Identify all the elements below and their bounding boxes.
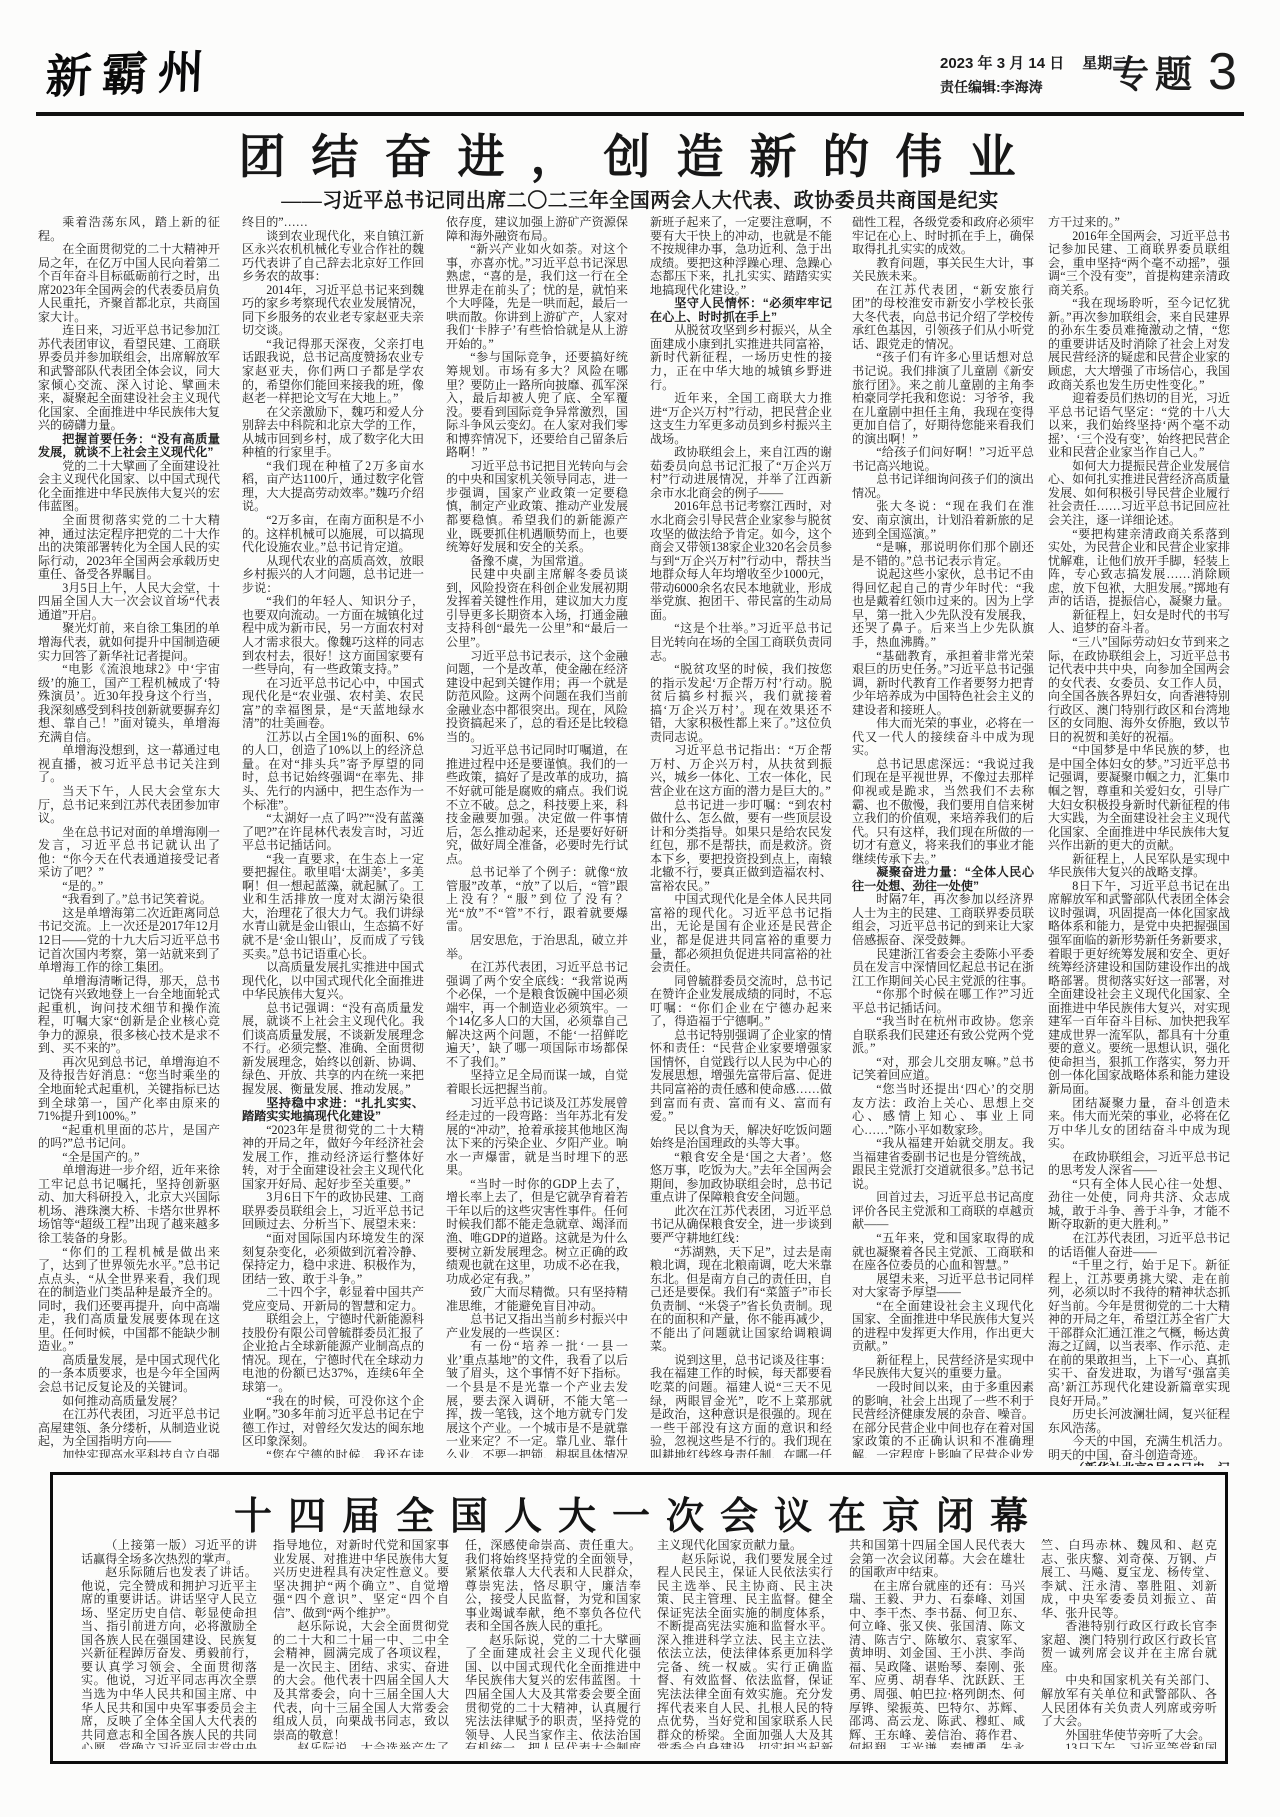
paragraph: “你那个时候在哪工作?”习近平总书记插话问。 [852,988,1034,1015]
paragraph: 从现代农业的高质高效，放眼乡村振兴的人才问题，总书记进一步说： [242,555,424,596]
paragraph: 政协联组会上，来自江西的谢茹委员向总书记汇报了“万企兴万村”行动进展情况，并举了… [650,446,832,500]
editor-label: 责任编辑:李海涛 [940,77,1127,97]
paragraph: 张大冬说：“现在我们在淮安、南京演出，计划沿着新旅的足迹到全国巡演。” [852,500,1034,541]
paragraph: 在政协联组会，习近平总书记的思考发人深省—— [1048,1151,1230,1178]
paragraph: 赵乐际说，我们要发展全过程人民民主，保证人民依法实行民主选举、民主协商、民主决策… [657,1553,833,1749]
paragraph: “我在的时候，可没你这个企业啊。”30多年前习近平总书记在宁德工作过，对曾经欠发… [242,1395,424,1449]
main-article-column-2: 终目的”……谈到农业现代化，来自镇江新区永兴农机机械化专业合作社的魏巧代表讲了自… [242,216,424,1458]
paragraph: 总书记强调：“没有高质量发展，就谈不上社会主义现代化。我们谈高质量发展，不谈新发… [242,1002,424,1097]
paragraph: 在江苏代表团，习近平总书记的话语催人奋进—— [1048,1232,1230,1259]
paragraph: 赵乐际随后也发表了讲话。他说，完全赞成和拥护习近平主席的重要讲话。讲话坚守人民立… [81,1566,257,1749]
paragraph: 习近平总书记表示，这个金融问题，一个是改革，使金融在经济建设中起到关键作用；再一… [446,650,628,745]
closing-article-headline: 十四届全国人大一次会议在京闭幕 [53,1485,1225,1540]
paragraph: “我看到了。”总书记笑着说。 [38,893,220,907]
paragraph: 方干过来的。” [1048,216,1230,230]
paragraph: 依存度，建议加强上游矿产资源保障和海外融资布局。 [446,216,628,243]
publication-date: 2023 年 3 月 14 日 [940,55,1064,72]
paragraph: 赵乐际说，大会选举产生了十四届全国人大常委会，并选举我担任委员长。我们衷心感谢各… [273,1742,449,1749]
paragraph: “要把构建亲清政商关系落到实处，为民营企业和民营企业家排忧解难，让他们放开手脚，… [1048,528,1230,609]
paragraph: “起重机里面的芯片，是国产的吗?”总书记问。 [38,1124,220,1151]
paragraph: 2016年总书记考察江西时，对水北商会引导民营企业家参与脱贫攻坚的做法给予肯定。… [650,500,832,622]
paragraph: 总书记详细询问孩子们的演出情况。 [852,473,1034,500]
closing-article-column-2: 指导地位，对新时代党和国家事业发展、对推进中华民族伟大复兴历史进程具有决定性意义… [273,1539,449,1749]
paragraph: 一段时间以来，由于多重因素的影响，社会上出现了一些不利于民营经济健康发展的杂音、… [852,1381,1034,1458]
paragraph: 民建中央副主席解冬委员谈到，风险投资在科创企业发展初期发挥着关键性作用，建议加大… [446,568,628,649]
paragraph: “新兴产业如火如荼。对这个事，亦喜亦忧。”习近平总书记深思熟虑，“喜的是，我们这… [446,243,628,351]
paragraph: 坚持稳中求进：“扎扎实实、踏踏实实地搞现代化建设” [242,1097,424,1124]
paragraph: “2023年是贯彻党的二十大精神的开局之年，做好今年经济社会发展工作，推动经济运… [242,1124,424,1192]
main-article-column-4: 新班子起来了，一定要注意啊，不要有大干快上的冲动，也就是不能不按规律办事，急功近… [650,216,832,1458]
paragraph: 教育问题，事关民生大计，事关民族未来。 [852,257,1034,284]
paragraph: 总书记进一步叮嘱：“到农村做什么、怎么做，要有一些顶层设计和分类指导。如果只是给… [650,799,832,894]
paragraph: 3月5日上午，人民大会堂，十四届全国人大一次会议首场“代表通道”开启。 [38,582,220,623]
paragraph: 香港特别行政区行政长官李家超、澳门特别行政区行政长官贺一诚列席会议并在主席台就座… [1041,1620,1217,1674]
paragraph: 以高质量发展扎实推进中国式现代化，以中国式现代化全面推进中华民族伟大复兴。 [242,961,424,1002]
paragraph: 民以食为天，解决好吃饭问题始终是治国理政的头等大事。 [650,1124,832,1151]
paragraph: 共和国第十四届全国人民代表大会第一次会议闭幕。大会在雄壮的国歌声中结束。 [849,1539,1025,1580]
paragraph: 单增海进一步介绍，近年来徐工牢记总书记嘱托，坚持创新驱动、加大科研投入，北京大兴… [38,1164,220,1245]
paragraph: 习近平总书记同时叮嘱道，在推进过程中还是要谨慎。我们的一些政策，搞好了是改革的成… [446,744,628,866]
paragraph: 单增海清晰记得，那天，总书记饶有兴致地登上一台全地面轮式起重机，询问技术细节和操… [38,975,220,1056]
paragraph: 如何大力提振民营企业发展信心、如何扎实推进民营经济高质量发展、如何积极引导民营企… [1048,460,1230,528]
paragraph: 习近平总书记指出：“万企帮万村、万企兴万村，从扶贫到振兴，城乡一体化、工农一体化… [650,744,832,798]
paragraph: “在全面建设社会主义现代化国家、全面推进中华民族伟大复兴的进程中发挥更大作用，作… [852,1300,1034,1354]
paragraph: “基础教育，承担着非常光荣艰巨的历史任务。”习近平总书记强调，新时代教育工作者要… [852,650,1034,718]
paragraph: “孩子们有许多心里话想对总书记说。我们排演了儿童剧《新安旅行团》。来之前儿童剧的… [852,351,1034,446]
section-label: 专题 [1112,44,1198,98]
paragraph: 坐在总书记对面的单增海刚一发言，习近平总书记就认出了他：“你今天在代表通道接受记… [38,826,220,880]
paragraph: 总书记思虑深远：“我说过我们现在是平视世界，不像过去那样仰视或是跪求，当然我们不… [852,758,1034,866]
paragraph: 新征程上，人民军队是实现中华民族伟大复兴的战略支撑。 [1048,853,1230,880]
paragraph: 主义现代化国家贡献力量。 [657,1539,833,1553]
paragraph: 单增海没想到，这一幕通过电视直播，被习近平总书记关注到了。 [38,744,220,785]
paragraph: （上接第一版）习近平的讲话赢得全场多次热烈的掌声。 [81,1539,257,1566]
closing-article-column-4: 主义现代化国家贡献力量。赵乐际说，我们要发展全过程人民民主，保证人民依法实行民主… [657,1539,833,1749]
closing-article-column-3: 任，深感使命崇高、责任重大。我们将始终坚持党的全面领导，紧紧依靠人大代表和人民群… [465,1539,641,1749]
paragraph: 展望未来，习近平总书记同样对大家寄予厚望—— [852,1273,1034,1300]
paragraph: “苏湖熟，天下足”，过去是南粮北调，现在北粮南调，吃大米靠东北。但是南方自己的责… [650,1246,832,1354]
paragraph: 指导地位，对新时代党和国家事业发展、对推进中华民族伟大复兴历史进程具有决定性意义… [273,1539,449,1620]
paragraph: 聚光灯前，来自徐工集团的单增海代表，就如何提升中国制造硬实力回答了新华社记者提问… [38,622,220,663]
paragraph: “我当时在杭州市政协。您亲自联系我们民建还有致公党两个党派。” [852,1015,1034,1056]
paragraph: “您当时还提出‘四心’的交朋友方法：政治上关心、思想上交心、感情上知心、事业上同… [852,1083,1034,1137]
paragraph: “给孩子们问好啊！”习近平总书记高兴地说。 [852,446,1034,473]
paragraph: 在江苏代表团，习近平总书记高屋建瓴、条分缕析，从制造业说起，为全国指明方向—— [38,1408,220,1449]
paragraph: 历史长河波澜壮阔，复兴征程东风浩荡。 [1048,1408,1230,1435]
paragraph: 从脱贫攻坚到乡村振兴，从全面建成小康到扎实推进共同富裕，新时代新征程，一场历史性… [650,324,832,392]
paragraph: 全面贯彻落实党的二十大精神，通过法定程序把党的二十大作出的决策部署转化为全国人民… [38,514,220,582]
paragraph: 二十四个字，彰显着中国共产党应变局、开新局的智慧和定力。 [242,1286,424,1313]
paragraph: 乘着浩荡东风，踏上新的征程。 [38,216,220,243]
closing-article-column-6: 竺、白玛赤林、魏凤和、赵克志、张庆黎、刘奇葆、万钢、卢展工、马飚、夏宝龙、杨传堂… [1041,1539,1217,1749]
paragraph: 居安思危，于治思乱，破立并举。 [446,934,628,961]
paragraph: 在主席台就座的还有：马兴瑞、王毅、尹力、石泰峰、刘国中、李干杰、李书磊、何卫东、… [849,1580,1025,1749]
paragraph: “粮食安全是‘国之大者’。悠悠万事，吃饭为大。”去年全国两会期间，参加政协联组会… [650,1151,832,1205]
paragraph: 在全面贯彻党的二十大精神开局之年，在亿万中国人民向着第二个百年奋斗目标砥砺前行之… [38,243,220,324]
paragraph: 总书记又指出当前乡村振兴中产业发展的一些误区： [446,1313,628,1340]
paragraph: 坚持立足全局而谋一域，自觉着眼长远把握当前。 [446,1069,628,1096]
paragraph: 在江苏代表团，习近平总书记强调了两个安全底线：“我常说两个必保，一个是粮食饭碗中… [446,961,628,1069]
paragraph: 中央和国家机关有关部门、解放军有关单位和武警部队、各人民团体有关负责人列席或旁听… [1041,1674,1217,1728]
paragraph: “当时一时你的GDP上去了，增长率上去了，但是它就孕育着若干年以后的这些灾害性事… [446,1178,628,1286]
paragraph: “我在现场聆听，至今记忆犹新。”再次参加联组会，来自民建界的孙东生委员难掩激动之… [1048,297,1230,392]
section-block: 专题 3 [1112,44,1237,98]
paragraph: 坚守人民情怀：“必须牢牢记在心上、时时抓在手上” [650,297,832,324]
paragraph: 同曾毓群委员交流时，总书记在赞许企业发展成绩的同时，不忘叮嘱：“你们企业在宁德办… [650,975,832,1029]
paragraph: 时隔7年，再次参加以经济界人士为主的民建、工商联界委员联组会，习近平总书记的到来… [852,893,1034,947]
closing-article-column-5: 共和国第十四届全国人民代表大会第一次会议闭幕。大会在雄壮的国歌声中结束。在主席台… [849,1539,1025,1749]
paragraph: 新班子起来了，一定要注意啊，不要有大干快上的冲动，也就是不能不按规律办事，急功近… [650,216,832,297]
paragraph: “五年来，党和国家取得的成就也凝聚着各民主党派、工商联和在座各位委员的心血和智慧… [852,1232,1034,1273]
closing-article-column-1: （上接第一版）习近平的讲话赢得全场多次热烈的掌声。赵乐际随后也发表了讲话。他说，… [81,1539,257,1749]
paragraph: 竺、白玛赤林、魏凤和、赵克志、张庆黎、刘奇葆、万钢、卢展工、马飚、夏宝龙、杨传堂… [1041,1539,1217,1620]
paragraph: 习近平总书记谈及江苏发展曾经走过的一段弯路：当年苏北有发展的“冲动”，抢着承接其… [446,1097,628,1178]
paragraph: 联组会上，宁德时代新能源科技股份有限公司曾毓群委员汇报了企业抢占全球新能源产业制… [242,1313,424,1394]
paragraph: “是嘛，那说明你们那个剧还是不错的。”总书记表示肯定。 [852,541,1034,568]
paragraph: 2014年，习近平总书记来到魏巧的家乡考察现代农业发展情况，同下乡服务的农业老专… [242,284,424,338]
paragraph: 再次见到总书记，单增海迫不及待报告好消息：“您当时乘坐的全地面轮式起重机，关键指… [38,1056,220,1124]
paragraph: 党的二十大擘画了全面建设社会主义现代化国家、以中国式现代化全面推进中华民族伟大复… [38,460,220,514]
paragraph: “2万多亩，在南方面积是不小的。这样机械可以施展，可以搞现代化设施农业。”总书记… [242,514,424,555]
masthead-meta: 2023 年 3 月 14 日星期二 责任编辑:李海涛 [940,52,1127,97]
paragraph: 江苏以占全国1%的面积、6%的人口，创造了10%以上的经济总量。在对“排头兵”寄… [242,731,424,812]
paragraph: 在父亲激励下，魏巧和爱人分别辞去中科院和北京大学的工作，从城市回到乡村，成了数字… [242,406,424,460]
paragraph: 致广大而尽精微。只有坚持精准思维，才能避免盲目冲动。 [446,1286,628,1313]
masthead-rule [36,112,1244,116]
main-article-column-3: 依存度，建议加强上游矿产资源保障和海外融资布局。“新兴产业如火如荼。对这个事，亦… [446,216,628,1458]
paragraph: 民建浙江省委会主委陈小平委员在发言中深情回忆起总书记在浙江工作期间关心民主党派的… [852,948,1034,989]
paragraph: “我们的年轻人、知识分子，也要双向流动。一方面在城镇化过程中成为新市民，另一方面… [242,595,424,676]
masthead-logo: 新霸州 [45,35,215,107]
paragraph: 今天的中国，充满生机活力。明天的中国，奋斗创造奇迹。 [1048,1435,1230,1462]
paragraph: 说起这些小家伙，总书记不由得回忆起自己的青少年时代：“我也是戴着红领巾过来的。因… [852,568,1034,649]
main-article-column-5: 础性工程，各级党委和政府必须牢牢记在心上、时时抓在手上，确保取得扎扎实实的成效。… [852,216,1034,1458]
paragraph: 赵乐际说，大会全面贯彻党的二十大和二十届一中、二中全会精神，圆满完成了各项议程，… [273,1620,449,1742]
paragraph: “我记得那天深夜，父亲打电话跟我说，总书记高度赞扬农业专家赵亚夫，你们两口子都是… [242,338,424,406]
paragraph: “三八”国际劳动妇女节到来之际，在政协联组会上，习近平总书记代表中共中央，向参加… [1048,636,1230,744]
paragraph: “千里之行，始于足下。新征程上，江苏要勇挑大梁、走在前列，必须以时不我待的精神状… [1048,1259,1230,1408]
paragraph: 此次在江苏代表团，习近平总书记从确保粮食安全，进一步谈到要严守耕地红线： [650,1205,832,1246]
paragraph: 总书记举了个例子：就像“放管服”改革，“放”了以后，“管”跟上没有？“服”到位了… [446,866,628,934]
paragraph: “面对国际国内环境发生的深刻复杂变化，必须做到沉着冷静、保持定力，稳中求进、积极… [242,1232,424,1286]
paragraph: 有一份“培养一批‘一县一业’重点基地”的文件，我看了以后皱了眉头，这个事情不好下… [446,1340,628,1458]
main-article-column-6: 方干过来的。”2016年全国两会，习近平总书记参加民建、工商联界委员联组会，重申… [1048,216,1230,1466]
paragraph: 连日来，习近平总书记参加江苏代表团审议，看望民建、工商联界委员并参加联组会，出席… [38,324,220,432]
paragraph: （新华社北京3月12日电 记者张晓松、朱基钗、林晖） [1048,1462,1230,1466]
newspaper-page: 新霸州 2023 年 3 月 14 日星期二 责任编辑:李海涛 专题 3 团结奋… [0,0,1280,1817]
main-article-column-1: 乘着浩荡东风，踏上新的征程。在全面贯彻党的二十大精神开局之年，在亿万中国人民向着… [38,216,220,1458]
paragraph: 凝聚奋进力量：“全体人民心往一处想、劲往一处使” [852,866,1034,893]
paragraph: “太湖好一点了吗?”“没有蓝藻了吧?”在许昆林代表发言时，习近平总书记插话问。 [242,812,424,853]
paragraph: 2016年全国两会，习近平总书记参加民建、工商联界委员联组会，重申坚持“两个毫不… [1048,230,1230,298]
paragraph: 当天下午，人民大会堂东大厅，总书记来到江苏代表团参加审议。 [38,785,220,826]
paragraph: 迎着委员们热切的目光，习近平总书记语气坚定：“党的十八大以来，我们始终坚持‘两个… [1048,392,1230,460]
paragraph: 团结凝聚力量，奋斗创造未来。伟大而光荣的事业，必将在亿万中华儿女的团结奋斗中成为… [1048,1097,1230,1151]
paragraph: 回首过去，习近平总书记高度评价各民主党派和工商联的卓越贡献—— [852,1191,1034,1232]
paragraph: 3月6日下午的政协民建、工商联界委员联组会上，习近平总书记回顾过去、分析当下、展… [242,1191,424,1232]
paragraph: “对，那会儿交朋友嘛。”总书记笑着回应道。 [852,1056,1034,1083]
paragraph: 这是单增海第二次近距离同总书记交流。上一次还是2017年12月12日——党的十九… [38,907,220,975]
paragraph: “您在宁德的时候，我还在读大学。” [242,1449,424,1458]
paragraph: “这是个壮举。”习近平总书记目光转向在场的全国工商联负责同志。 [650,622,832,663]
paragraph: 13日下午，习近平等党和国家领导人在人民大会堂会见了出席十四届全国人大一次会议的… [1041,1742,1217,1749]
paragraph: 习近平总书记把目光转向与会的中央和国家机关领导同志，进一步强调，国家产业政策一定… [446,460,628,555]
paragraph: “你们的工程机械是做出来了，达到了世界领先水平。”总书记点点头，“从全世界来看，… [38,1246,220,1354]
closing-article-box: 十四届全国人大一次会议在京闭幕 （上接第一版）习近平的讲话赢得全场多次热烈的掌声… [50,1472,1228,1764]
paragraph: 把握首要任务：“没有高质量发展，就谈不上社会主义现代化” [38,433,220,460]
paragraph: 中国式现代化是全体人民共同富裕的现代化。习近平总书记指出，无论是国有企业还是民营… [650,893,832,974]
paragraph: 任，深感使命崇高、责任重大。我们将始终坚持党的全面领导，紧紧依靠人大代表和人民群… [465,1539,641,1634]
paragraph: “中国梦是中华民族的梦，也是中国全体妇女的梦。”习近平总书记强调，要凝聚巾帼之力… [1048,744,1230,852]
paragraph: 赵乐际说，党的二十大擘画了全面建成社会主义现代化强国、以中国式现代化全面推进中华… [465,1634,641,1749]
paragraph: 在习近平总书记心中，中国式现代化是“农业强、农村美、农民富”的幸福图景，是“天蓝… [242,677,424,731]
main-headline: 团结奋进，创造新的伟业 [0,120,1280,187]
paragraph: 础性工程，各级党委和政府必须牢牢记在心上、时时抓在手上，确保取得扎扎实实的成效。 [852,216,1034,257]
paragraph: 近年来，全国工商联大力推进“万企兴万村”行动，把民营企业这支生力军更多动员到乡村… [650,392,832,446]
paragraph: 说到这里，总书记谈及往事：我在福建工作的时候，每天都要看吃菜的问题。福建人说“三… [650,1354,832,1458]
paragraph: “电影《流浪地球2》中‘宇宙级’的施工，国产工程机械成了‘特殊演员’。近30年投… [38,663,220,744]
paragraph: 总书记特别强调了企业家的情怀和责任：“民营企业家要增强家国情怀，自觉践行以人民为… [650,1029,832,1124]
paragraph: 终目的”…… [242,216,424,230]
paragraph: “脱贫攻坚的时候，我们按您的指示发起‘万企帮万村’行动。脱贫后搞乡村振兴，我们就… [650,663,832,744]
paragraph: 伟大而光荣的事业，必将在一代又一代人的接续奋斗中成为现实。 [852,717,1034,758]
paragraph: 谈到农业现代化，来自镇江新区永兴农机机械化专业合作社的魏巧代表讲了自己辞去北京好… [242,230,424,284]
paragraph: 加快实现高水平科技自立自强是“必由之路”，加快构建新发展格局是“战略基点”，推进… [38,1449,220,1458]
paragraph: 在江苏代表团，“新安旅行团”的母校淮安市新安小学校长张大冬代表，向总书记介绍了学… [852,284,1034,352]
main-subtitle: ——习近平总书记同出席二〇二三年全国两会人大代表、政协委员共商国是纪实 [0,184,1280,213]
paragraph: “我从福建开始就交朋友。我当福建省委副书记也是分管统战，跟民主党派打交道就很多。… [852,1137,1034,1191]
paragraph: “只有全体人民心往一处想、劲往一处使，同舟共济、众志成城，敢于斗争、善于斗争，才… [1048,1178,1230,1232]
paragraph: 新征程上，民营经济是实现中华民族伟大复兴的重要力量。 [852,1354,1034,1381]
paragraph: “参与国际竞争，还要搞好统筹规划。市场有多大？风险在哪里？要防止一路所向披靡、孤… [446,351,628,459]
paragraph: 高质量发展，是中国式现代化的一条本质要求，也是今年全国两会总书记反复论及的关键词… [38,1354,220,1395]
paragraph: 新征程上，妇女是时代的书写人、追梦的奋斗者。 [1048,609,1230,636]
paragraph: 8日下午，习近平总书记在出席解放军和武警部队代表团全体会议时强调，巩固提高一体化… [1048,880,1230,1097]
paragraph: “我一直要求，在生态上一定要把握住。歌里唱‘太湖美’，多美啊！但一想起蓝藻，就起… [242,853,424,961]
page-number: 3 [1208,46,1237,98]
paragraph: “我们现在种植了2万多亩水稻，亩产达1100斤，通过数字化管理，大大提高劳动效率… [242,460,424,514]
